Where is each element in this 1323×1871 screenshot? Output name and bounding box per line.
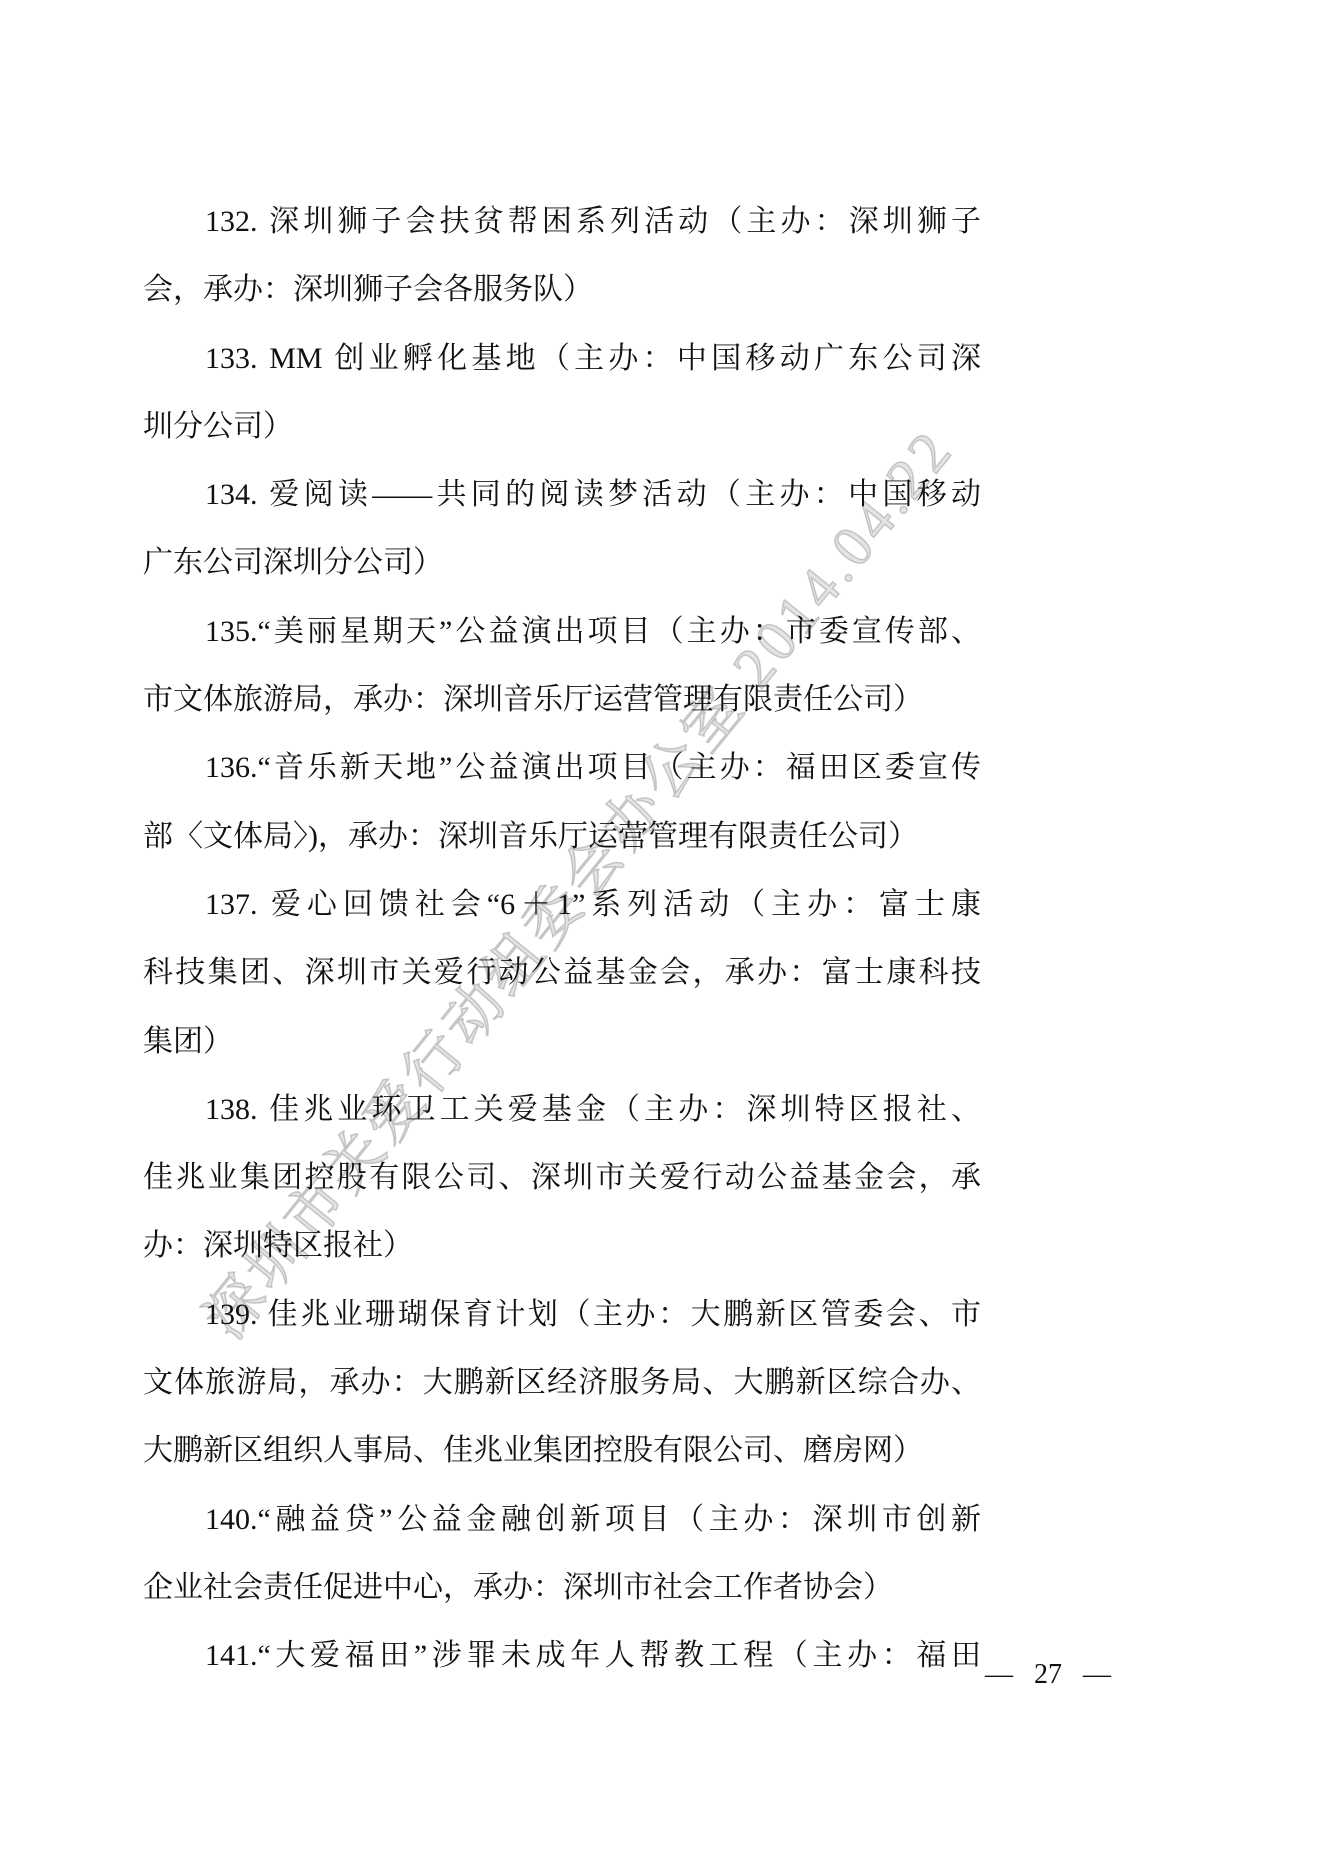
text-line: 134. 爱阅读——共同的阅读梦活动（主办：中国移动 [143, 461, 981, 529]
text-line: 137. 爱心回馈社会“6＋1”系列活动（主办：富士康 [143, 871, 981, 939]
text-line: 135.“美丽星期天”公益演出项目（主办：市委宣传部、 [143, 598, 981, 666]
text-line: 集团） [143, 1008, 981, 1076]
text-line: 大鹏新区组织人事局、佳兆业集团控股有限公司、磨房网） [143, 1417, 981, 1485]
document-page: 深圳市关爱行动组委会办公室 2014.04.22 132. 深圳狮子会扶贫帮困系… [0, 0, 1323, 1871]
page-number: — 27 — [985, 1655, 1111, 1695]
text-line: 广东公司深圳分公司） [143, 529, 981, 597]
text-block: 132. 深圳狮子会扶贫帮困系列活动（主办：深圳狮子会，承办：深圳狮子会各服务队… [143, 188, 981, 1691]
text-line: 139. 佳兆业珊瑚保育计划（主办：大鹏新区管委会、市 [143, 1281, 981, 1349]
text-line: 企业社会责任促进中心，承办：深圳市社会工作者协会） [143, 1554, 981, 1622]
text-line: 市文体旅游局，承办：深圳音乐厅运营管理有限责任公司） [143, 666, 981, 734]
text-line: 文体旅游局，承办：大鹏新区经济服务局、大鹏新区综合办、 [143, 1349, 981, 1417]
text-line: 科技集团、深圳市关爱行动公益基金会，承办：富士康科技 [143, 939, 981, 1007]
text-line: 132. 深圳狮子会扶贫帮困系列活动（主办：深圳狮子 [143, 188, 981, 256]
text-line: 140.“融益贷”公益金融创新项目（主办：深圳市创新 [143, 1486, 981, 1554]
text-line: 138. 佳兆业环卫工关爱基金（主办：深圳特区报社、 [143, 1076, 981, 1144]
text-line: 141.“大爱福田”涉罪未成年人帮教工程（主办：福田 [143, 1622, 981, 1690]
text-line: 办：深圳特区报社） [143, 1212, 981, 1280]
text-line: 136.“音乐新天地”公益演出项目（主办：福田区委宣传 [143, 734, 981, 802]
text-line: 会，承办：深圳狮子会各服务队） [143, 256, 981, 324]
text-line: 133. MM 创业孵化基地（主办：中国移动广东公司深 [143, 325, 981, 393]
text-line: 圳分公司） [143, 393, 981, 461]
text-line: 佳兆业集团控股有限公司、深圳市关爱行动公益基金会，承 [143, 1144, 981, 1212]
text-line: 部〈文体局〉)，承办：深圳音乐厅运营管理有限责任公司） [143, 803, 981, 871]
